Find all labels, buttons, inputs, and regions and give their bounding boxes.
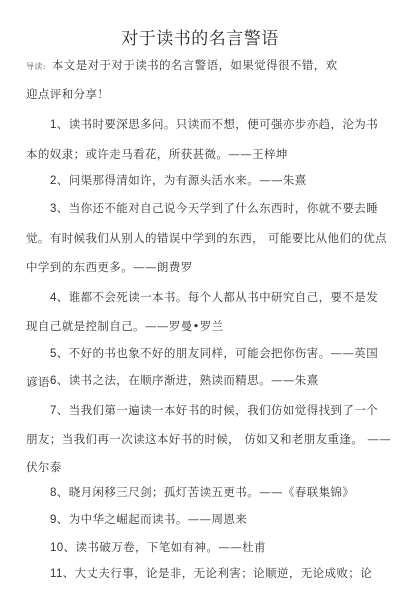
document-title: 对于读书的名言警语 xyxy=(0,24,400,49)
quote-item-1-cont: 本的奴隶；或许走马看花，所获甚微。——王梓坤 xyxy=(26,146,288,162)
quote-item-3-cont-1: 觉。有时候我们从别人的错误中学到的东西， 可能要比从他们的优点 xyxy=(26,230,387,246)
quote-item-7-cont-1: 朋友；当我们再一次读这本好书的时候， 仿如又和老朋友重逢。 —— xyxy=(26,431,391,447)
quote-item-4: 4、谁都不会死读一本书。每个人都从书中研究自己，要不是发 xyxy=(50,289,378,305)
item-number: 8、 xyxy=(50,487,69,499)
quote-item-8: 8、晓月闲移三尺剑；孤灯苦读五更书。——《春联集锦》 xyxy=(50,484,354,500)
item-number: 6、 xyxy=(50,375,69,387)
quote-item-5-cont: 谚语 xyxy=(26,374,50,390)
item-text: 读书时要深思多问。只读而不想，便可强亦步亦趋，沦为书 xyxy=(69,117,378,131)
quote-item-4-cont: 现自己就是控制自己。——罗曼•罗兰 xyxy=(26,318,224,334)
intro-line-2: 迎点评和分享！ xyxy=(26,86,109,102)
item-number: 5、 xyxy=(50,348,69,360)
item-number: 4、 xyxy=(50,292,69,304)
item-text: 为中华之崛起而读书。——周恩来 xyxy=(69,512,248,526)
item-text: 晓月闲移三尺剑；孤灯苦读五更书。——《春联集锦》 xyxy=(69,485,355,499)
item-text: 读书破万卷，下笔如有神。——杜甫 xyxy=(76,540,266,554)
item-number: 2、 xyxy=(50,175,69,187)
item-text: 当我们第一遍读一本好书的时候，我们仿如觉得找到了一个 xyxy=(69,403,378,417)
item-text: 谁都不会死读一本书。每个人都从书中研究自己，要不是发 xyxy=(69,290,378,304)
item-number: 10、 xyxy=(50,542,76,554)
quote-item-7: 7、当我们第一遍读一本好书的时候，我们仿如觉得找到了一个 xyxy=(50,402,378,418)
quote-item-5: 5、不好的书也象不好的朋友同样，可能会把你伤害。——英国 xyxy=(50,345,378,361)
document-page: 对于读书的名言警语 导读:本文是对于对于读书的名言警语，如果觉得很不错，欢 迎点… xyxy=(0,0,400,607)
quote-item-10: 10、读书破万卷，下笔如有神。——杜甫 xyxy=(50,539,266,555)
item-text: 大丈夫行事，论是非，无论利害；论顺逆，无论成败；论 xyxy=(75,566,373,580)
quote-item-3: 3、当你还不能对自己说今天学到了什么东西时，你就不要去睡 xyxy=(50,200,378,216)
quote-item-11: 11、大丈夫行事，论是非，无论利害；论顺逆，无论成败；论 xyxy=(50,565,372,581)
quote-item-1: 1、读书时要深思多问。只读而不想，便可强亦步亦趋，沦为书 xyxy=(50,116,378,132)
item-text: 读书之法，在顺序渐进，熟读而精思。——朱熹 xyxy=(69,373,319,387)
quote-item-6: 6、读书之法，在顺序渐进，熟读而精思。——朱熹 xyxy=(50,372,319,388)
quote-item-7-cont-2: 伏尔泰 xyxy=(26,459,62,475)
quote-item-3-cont-2: 中学到的东西更多。——朗费罗 xyxy=(26,259,193,275)
item-number: 1、 xyxy=(50,119,69,131)
quote-item-9: 9、为中华之崛起而读书。——周恩来 xyxy=(50,511,247,527)
item-text: 问渠那得清如许，为有源头活水来。——朱熹 xyxy=(69,173,307,187)
item-number: 7、 xyxy=(50,405,69,417)
item-text: 不好的书也象不好的朋友同样，可能会把你伤害。——英国 xyxy=(69,346,378,360)
intro-text-1: 本文是对于对于读书的名言警语，如果觉得很不错，欢 xyxy=(52,58,338,72)
intro-label: 导读: xyxy=(26,62,46,71)
item-text: 当你还不能对自己说今天学到了什么东西时，你就不要去睡 xyxy=(69,201,378,215)
item-number: 3、 xyxy=(50,203,69,215)
quote-item-2: 2、问渠那得清如许，为有源头活水来。——朱熹 xyxy=(50,172,307,188)
item-number: 11、 xyxy=(50,568,75,580)
item-number: 9、 xyxy=(50,514,69,526)
intro-line-1: 导读:本文是对于对于读书的名言警语，如果觉得很不错，欢 xyxy=(26,57,338,73)
